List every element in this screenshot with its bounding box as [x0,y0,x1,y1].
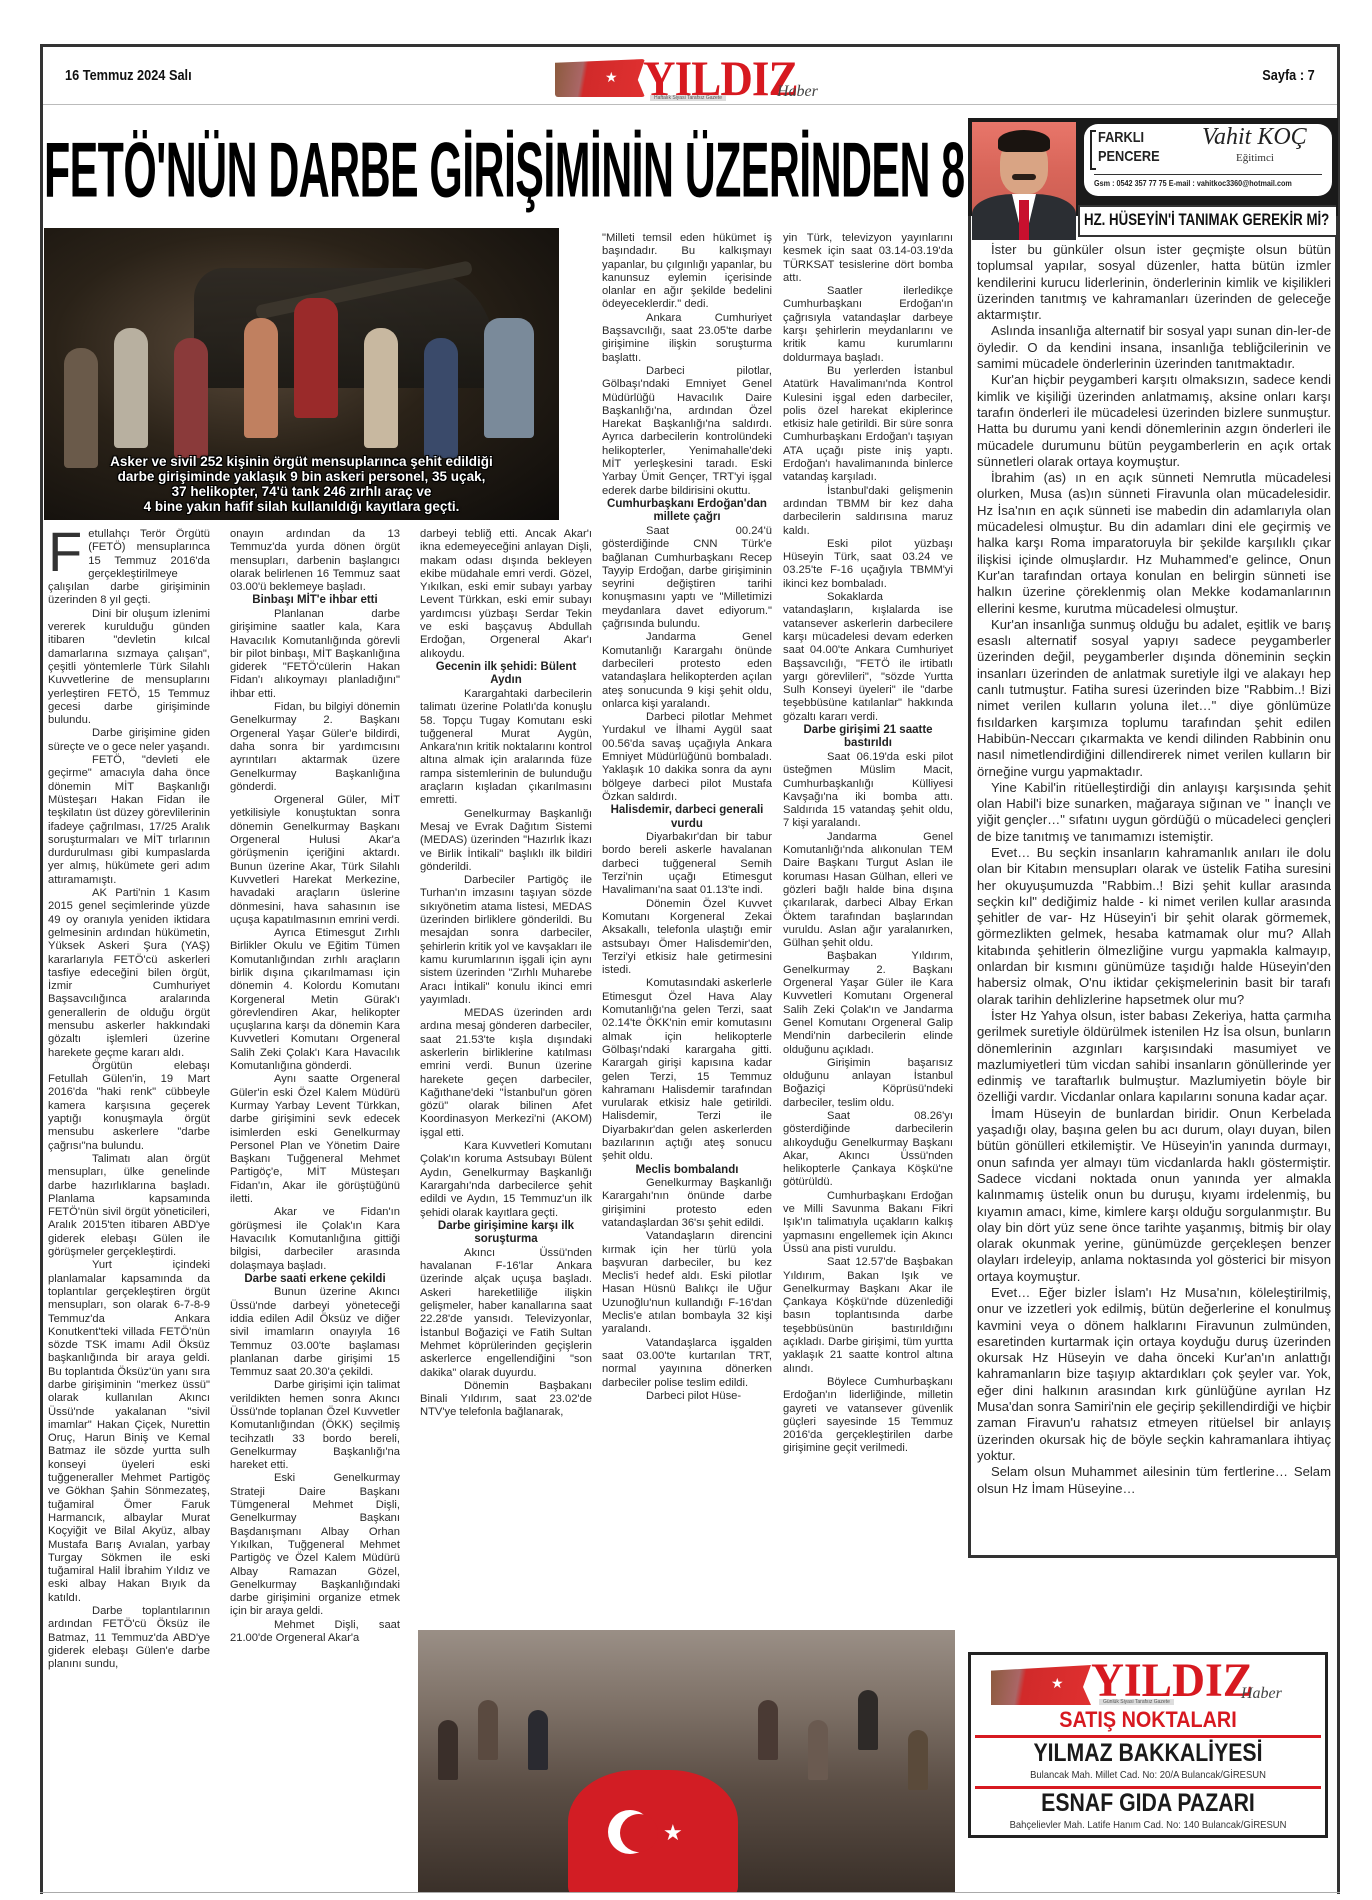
person-shape [64,348,98,468]
paragraph: MEDAS üzerinden ardı ardına mesaj gönder… [420,1007,592,1140]
author-name: Vahit KOÇ [1202,124,1307,151]
shop-address: Bahçelievler Mah. Latife Hanım Cad. No: … [989,1819,1308,1831]
article-column-4: "Milleti temsil eden hükümet iş başındad… [602,232,772,1627]
person-shape [424,338,458,458]
paragraph: Eski Genelkurmay Strateji Daire Başkanı … [230,1472,400,1618]
paragraph: Planlanan darbe girişimine saatler kala,… [230,608,400,701]
paragraph: Darbeci pilotlar, Gölbaşı'ndaki Emniyet … [602,365,772,498]
paragraph: Aslında insanlığa alternatif bir sosyal … [977,323,1331,372]
paragraph: Selam olsun Muhammet ailesinin tüm fertl… [977,1464,1331,1497]
paragraph: Yurt içindeki planlamalar kapsamında da … [48,1259,210,1605]
logo-tagline: Haftalık Siyasi Tarafsız Gazete [650,95,726,101]
article-column-5: yin Türk, televizyon yayınlarını kesmek … [783,232,953,1627]
flag-icon: ★ [991,1665,1091,1705]
paragraph: Genelkurmay Başkanlığı Karargahı'nın önü… [602,1177,772,1230]
author-photo [972,122,1076,240]
paragraph: Darbe girişimi için talimat verildikten … [230,1379,400,1472]
paragraph: Kur'an hiçbir peygamberi karşıtı olmaksı… [977,372,1331,470]
paragraph: Akar ve Fidan'ın görüşmesi ile Çolak'ın … [230,1206,400,1272]
lead-paragraph: Fetullahçı Terör Örgütü (FETÖ) mensuplar… [48,528,210,608]
person-shape [364,328,398,448]
paragraph: darbeyi tebliğ etti. Ancak Akar'ı ikna e… [420,528,592,661]
bracket-icon [1090,130,1096,170]
author-contact: Gsm : 0542 357 77 75 E-mail : vahitkoc33… [1094,178,1292,188]
newspaper-logo: ★ YILDIZ Haftalık Siyasi Tarafsız Gazete… [555,55,825,103]
subheading: Darbe saati erkene çekildi [230,1273,400,1287]
paragraph: Aynı saatte Orgeneral Güler'in eski Özel… [230,1073,400,1206]
paragraph: Başbakan Yıldırım, Genelkurmay 2. Başkan… [783,950,953,1056]
subheading: Gecenin ilk şehidi: Bülent Aydın [420,661,592,688]
subheading: Meclis bombalandı [602,1164,772,1178]
paragraph: Saat 06.19'da eski pilot üsteğmen Müslim… [783,751,953,831]
logo-script: Haber [777,83,818,101]
paragraph: Örgütün elebaşı Fetullah Gülen'in, 19 Ma… [48,1060,210,1153]
opinion-body: İster bu günküler olsun ister geçmişte o… [977,242,1331,1552]
paragraph: Talimatı alan örgüt mensupları, ülke gen… [48,1153,210,1259]
paragraph: Ayrıca Etimesgut Zırhlı Birlikler Okulu … [230,927,400,1073]
paragraph: Darbeci pilot Hüse- [602,1390,772,1403]
main-photo: Asker ve sivil 252 kişinin örgüt mensupl… [44,228,559,520]
paragraph: Sokaklarda vatandaşların, kışlalarda ise… [783,591,953,724]
paragraph: Bunun üzerine Akıncı Üssü'nde darbeyi yö… [230,1286,400,1379]
subheading: Darbe girişimine karşı ilk soruşturma [420,1220,592,1247]
page-number: Sayfa : 7 [1263,67,1315,84]
paragraph: İmam Hüseyin de bunlardan biridir. Onun … [977,1106,1331,1285]
paragraph: Darbe toplantılarının ardından FETÖ'cü Ö… [48,1605,210,1671]
paragraph: Saat 08.26'yı gösterdiğinde darbecilerin… [783,1110,953,1190]
paragraph: Evet… Bu seçkin insanların kahramanlık a… [977,845,1331,1008]
paragraph: Jandarma Genel Komutanlığı Karargahı önü… [602,631,772,711]
shop-name: YILMAZ BAKKALİYESİ [998,1739,1299,1768]
issue-date: 16 Temmuz 2024 Salı [65,67,192,84]
shop-address: Bulancak Mah. Millet Cad. No: 20/A Bulan… [989,1769,1308,1781]
crowd-flag-photo: ★ [418,1630,955,1892]
flag-icon: ★ [555,59,645,97]
turkish-flag-icon: ★ [568,1770,738,1892]
paragraph: Saat 00.24'ü gösterdiğinde CNN Türk'e ba… [602,525,772,631]
paragraph: Orgeneral Güler, MİT yetkilisiyle konuşt… [230,794,400,927]
paragraph: Kur'an insanlığa sunmuş olduğu bu adalet… [977,617,1331,780]
page-bottom-rule [40,1892,1340,1893]
paragraph: Genelkurmay Başkanlığı Mesaj ve Evrak Da… [420,808,592,874]
paragraph: Dönemin Başbakanı Binali Yıldırım, saat … [420,1380,592,1420]
paragraph: İstanbul'daki gelişmenin ardından TBMM b… [783,485,953,538]
author-role: Eğitimci [1236,152,1274,164]
article-column-1: Fetullahçı Terör Örgütü (FETÖ) mensuplar… [48,528,210,1880]
paragraph: Girişimin başarısız olduğunu anlayan İst… [783,1057,953,1110]
subheading: Cumhurbaşkanı Erdoğan'dan millete çağrı [602,498,772,525]
paragraph: Dönemin Özel Kuvvet Komutanı Korgeneral … [602,898,772,978]
column-info-card: FARKLI PENCERE Vahit KOÇ Eğitimci Gsm : … [1084,124,1332,196]
paragraph: onayın ardından da 13 Temmuz'da yurda dö… [230,528,400,594]
person-shape [174,338,208,458]
paragraph: Saatler ilerledikçe Cumhurbaşkanı Erdoğa… [783,285,953,365]
paragraph: Vatandaşlarca işgalden saat 03.00'te kur… [602,1337,772,1390]
person-shape [244,318,278,438]
paragraph: yin Türk, televizyon yayınlarını kesmek … [783,232,953,285]
paragraph: İbrahim (as) ın en açık sünneti Nemrutla… [977,470,1331,617]
paragraph: Dini bir oluşum izlenimi vererek kuruldu… [48,608,210,728]
article-column-2: onayın ardından da 13 Temmuz'da yurda dö… [230,528,400,1880]
drop-cap: F [48,530,82,574]
paragraph: Bu yerlerden İstanbul Atatürk Havalimanı… [783,365,953,485]
paragraph: Fidan, bu bilgiyi dönemin Genelkurmay 2.… [230,701,400,794]
paragraph: İster Hz Yahya olsun, ister babası Zeker… [977,1008,1331,1106]
article-column-3: darbeyi tebliğ etti. Ancak Akar'ı ikna e… [420,528,592,1628]
paragraph: Kara Kuvvetleri Komutanı Çolak'ın koruma… [420,1140,592,1220]
subheading: Darbe girişimi 21 saatte bastırıldı [783,724,953,751]
paragraph: Yine Kabil'in ritüelleştirdiği din anlay… [977,780,1331,845]
person-shape [484,318,534,438]
paragraph: Darbeciler Partigöç ile Turhan'ın imzası… [420,874,592,1007]
paragraph: Ankara Cumhuriyet Başsavcılığı, saat 23.… [602,312,772,365]
article-headline: FETÖ'NÜN DARBE GİRİŞİMİNİN ÜZERİNDEN 8 Y… [44,128,572,212]
divider [975,1735,1321,1738]
paragraph: "Milleti temsil eden hükümet iş başındad… [602,232,772,312]
paragraph: Darbe girişimine giden süreçte ve o gece… [48,727,210,754]
subheading: Halisdemir, darbeci generali vurdu [602,804,772,831]
paragraph: FETÖ, "devleti ele geçirme" amacıyla dah… [48,754,210,887]
paragraph: Vatandaşların direncini kırmak için her … [602,1230,772,1336]
ad-logo: ★ YILDIZ Günlük Siyasi Tarafsız Gazete H… [991,1661,1281,1711]
paragraph: Cumhurbaşkanı Erdoğan ve Milli Savunma B… [783,1190,953,1256]
paragraph: Jandarma Genel Komutanlığı'nda alıkonula… [783,831,953,951]
sales-points-ad: ★ YILDIZ Günlük Siyasi Tarafsız Gazete H… [968,1652,1328,1838]
person-shape [114,328,148,448]
paragraph: Darbeci pilotlar Mehmet Yurdakul ve İlha… [602,711,772,804]
paragraph: Saat 12.57'de Başbakan Yıldırım, Bakan I… [783,1256,953,1376]
paragraph: Komutasındaki askerlerle Etimesgut Özel … [602,977,772,1163]
paragraph: Karargahtaki darbecilerin talimatı üzeri… [420,688,592,808]
paragraph: Eski pilot yüzbaşı Hüseyin Türk, saat 03… [783,538,953,591]
opinion-title: HZ. HÜSEYİN'İ TANIMAK GEREKİR Mİ? [1084,210,1329,230]
paragraph: İster bu günküler olsun ister geçmişte o… [977,242,1331,323]
paragraph: Mehmet Dişli, saat 21.00'de Orgeneral Ak… [230,1619,400,1646]
ad-heading: SATIŞ NOKTALARI [989,1707,1308,1733]
paragraph: Akıncı Üssü'nden havalanan F-16'lar Anka… [420,1247,592,1380]
subheading: Binbaşı MİT'e ihbar etti [230,594,400,608]
shop-name: ESNAF GIDA PAZARI [998,1789,1299,1818]
column-name: FARKLI PENCERE [1098,128,1160,166]
person-shape [294,298,338,418]
paragraph: AK Parti'nin 1 Kasım 2015 genel seçimler… [48,887,210,1060]
paragraph: Böylece Cumhurbaşkanı Erdoğan'ın liderli… [783,1376,953,1456]
paragraph: Diyarbakır'dan bir tabur bordo bereli as… [602,831,772,897]
photo-caption: Asker ve sivil 252 kişinin örgüt mensupl… [44,454,559,514]
paragraph: Evet… Eğer bizler İslam'ı Hz Musa'nın, k… [977,1285,1331,1464]
